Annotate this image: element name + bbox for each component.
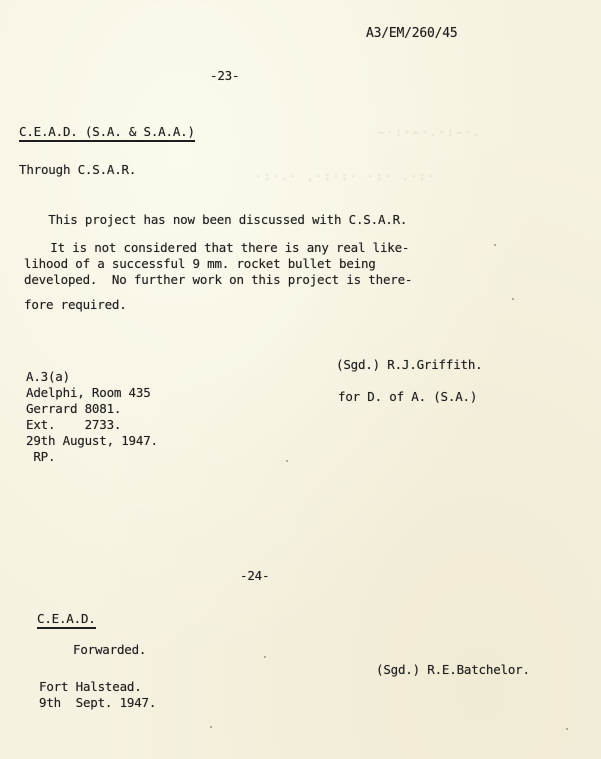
paragraph-2-line: lihood of a successful 9 mm. rocket bull… [24, 256, 376, 271]
document-page: A3/EM/260/45 -23- C.E.A.D. (S.A. & S.A.A… [0, 0, 601, 759]
paragraph-2-line: developed. No further work on this proje… [24, 272, 412, 287]
paragraph-2-line: It is not considered that there is any r… [21, 240, 409, 255]
sender-line: Ext. 2733. [26, 417, 121, 432]
paper-speck [566, 728, 568, 730]
signature-batchelor: (Sgd.) R.E.Batchelor. [376, 662, 530, 677]
addressee-heading-24: C.E.A.D. [37, 611, 96, 629]
paper-speck [264, 656, 266, 658]
faint-stamp: ~·:·~·.·:~·. [378, 126, 481, 139]
sender-line: 29th August, 1947. [26, 433, 158, 448]
routing-line: Through C.S.A.R. [19, 162, 136, 177]
sender-line: Gerrard 8081. [26, 401, 121, 416]
file-reference: A3/EM/260/45 [366, 26, 458, 41]
sender-line: Fort Halstead. [39, 679, 142, 694]
signature-role: for D. of A. (S.A.) [338, 389, 477, 404]
page-number-23: -23- [210, 68, 239, 83]
sender-line: Adelphi, Room 435 [26, 385, 151, 400]
addressee-heading-23: C.E.A.D. (S.A. & S.A.A.) [19, 124, 195, 142]
signature-griffith: (Sgd.) R.J.Griffith. [336, 357, 483, 372]
forwarded-note: Forwarded. [73, 642, 146, 657]
paper-speck [210, 726, 212, 728]
paragraph-1: This project has now been discussed with… [19, 212, 407, 227]
sender-line: A.3(a) [26, 369, 70, 384]
paper-speck [494, 244, 496, 246]
faint-stamp-line: ·:·.· ,·:·:· ·:· .·:· [255, 170, 436, 183]
paper-speck [286, 460, 288, 462]
paper-speck [512, 298, 514, 300]
sender-line: 9th Sept. 1947. [39, 695, 156, 710]
page-number-24: -24- [240, 568, 269, 583]
sender-line: RP. [26, 449, 55, 464]
paragraph-2-line: fore required. [24, 297, 127, 312]
